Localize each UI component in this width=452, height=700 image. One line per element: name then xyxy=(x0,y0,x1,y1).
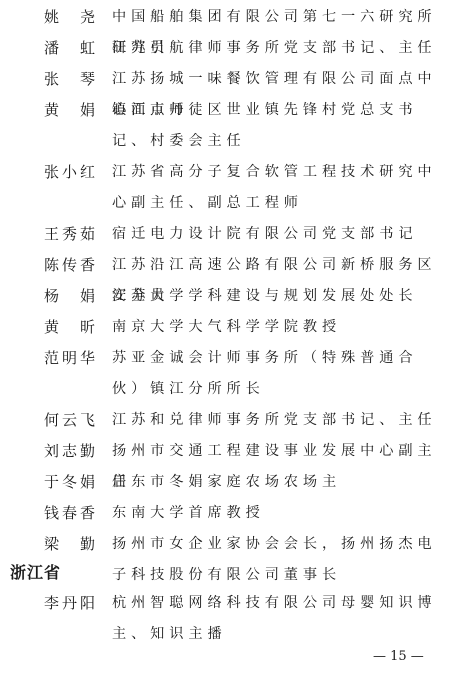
person-title: 扬州市女企业家协会会长，扬州扬杰电子科技股份有限公司董事长 xyxy=(112,529,444,591)
person-title: 江苏省高分子复合软管工程技术研究中心副主任、副总工程师 xyxy=(112,157,444,219)
page-number: — 15 — xyxy=(373,647,424,667)
person-name: 张 琴 xyxy=(44,64,108,95)
person-name: 钱春香 xyxy=(44,498,108,529)
person-title: 杭州智聪网络科技有限公司母婴知识博主、知识主播 xyxy=(112,588,444,650)
person-title: 启东市冬娟家庭农场农场主 xyxy=(112,467,444,498)
person-title: 宿迁电力设计院有限公司党支部书记 xyxy=(112,219,444,250)
document-page: 姚 尧 中国船舶集团有限公司第七一六研究所研究员 潘 虹 江苏引航律师事务所党支… xyxy=(0,0,452,700)
person-name: 姚 尧 xyxy=(44,2,108,33)
person-title: 镇江市丹徒区世业镇先锋村党总支书记、村委会主任 xyxy=(112,95,444,157)
person-name: 何云飞 xyxy=(44,405,108,436)
person-name: 王秀茹 xyxy=(44,219,108,250)
person-title: 南京大学大气科学学院教授 xyxy=(112,312,444,343)
person-name: 梁 勤 xyxy=(44,529,108,560)
person-title: 东南大学首席教授 xyxy=(112,498,444,529)
person-name: 潘 虹 xyxy=(44,33,108,64)
person-name: 于冬娟 xyxy=(44,467,108,498)
section-heading: 浙江省 xyxy=(10,557,61,588)
person-name: 黄 昕 xyxy=(44,312,108,343)
person-name: 黄 娟 xyxy=(44,95,108,126)
person-name: 陈传香 xyxy=(44,250,108,281)
person-name: 李丹阳 xyxy=(44,588,108,619)
person-name: 范明华 xyxy=(44,343,108,374)
person-name: 刘志勤 xyxy=(44,436,108,467)
person-title: 江苏大学学科建设与规划发展处处长 xyxy=(112,281,444,312)
person-title: 江苏引航律师事务所党支部书记、主任 xyxy=(112,33,444,64)
person-title: 江苏和兑律师事务所党支部书记、主任 xyxy=(112,405,444,436)
person-name: 杨 娟 xyxy=(44,281,108,312)
person-name: 张小红 xyxy=(44,157,108,188)
person-title: 苏亚金诚会计师事务所（特殊普通合伙）镇江分所所长 xyxy=(112,343,444,405)
